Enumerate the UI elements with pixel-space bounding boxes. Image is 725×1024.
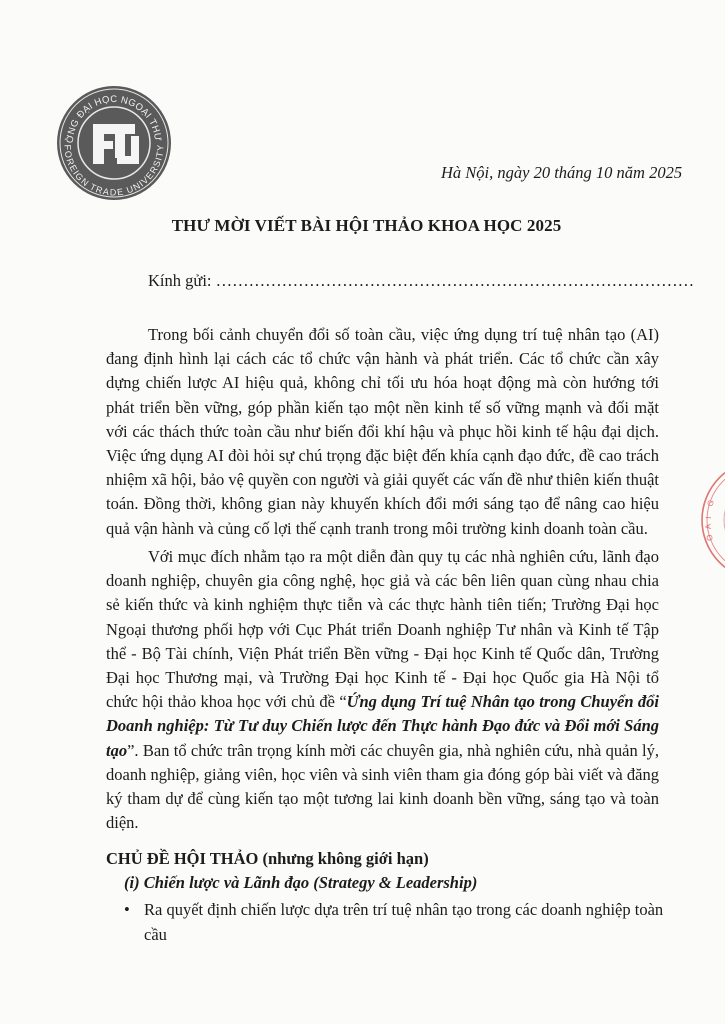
- topic-bullet-item: • Ra quyết định chiến lược dựa trên trí …: [124, 898, 664, 947]
- svg-text:I: I: [704, 516, 713, 519]
- ftu-seal-logo-icon: TRƯỜNG ĐẠI HỌC NGOẠI THƯƠNG FOREIGN TRAD…: [55, 84, 173, 202]
- svg-text:G: G: [705, 499, 716, 508]
- letter-date: Hà Nội, ngày 20 tháng 10 năm 2025: [441, 163, 682, 183]
- red-stamp-icon: G I A O: [700, 455, 725, 585]
- letter-title: THƯ MỜI VIẾT BÀI HỘI THẢO KHOA HỌC 2025: [0, 216, 725, 236]
- invitation-text-before: Với mục đích nhằm tạo ra một diễn đàn qu…: [106, 547, 659, 711]
- invitation-text-after: ”. Ban tổ chức trân trọng kính mời các c…: [106, 741, 659, 833]
- svg-text:O: O: [705, 533, 715, 541]
- official-stamp: G I A O: [700, 455, 725, 585]
- topic-bullet-text: Ra quyết định chiến lược dựa trên trí tu…: [144, 898, 664, 947]
- svg-text:A: A: [704, 523, 713, 530]
- topic-subsection-title: (i) Chiến lược và Lãnh đạo (Strategy & L…: [124, 873, 477, 893]
- university-logo: TRƯỜNG ĐẠI HỌC NGOẠI THƯƠNG FOREIGN TRAD…: [55, 84, 173, 202]
- topics-heading: CHỦ ĐỀ HỘI THẢO (nhưng không giới hạn): [106, 849, 429, 869]
- salutation-line: Kính gửi: ……………………………………………………………………………: [148, 271, 694, 291]
- bullet-icon: •: [124, 898, 144, 947]
- intro-paragraph: Trong bối cảnh chuyển đổi số toàn cầu, v…: [106, 323, 659, 541]
- invitation-paragraph: Với mục đích nhằm tạo ra một diễn đàn qu…: [106, 545, 659, 835]
